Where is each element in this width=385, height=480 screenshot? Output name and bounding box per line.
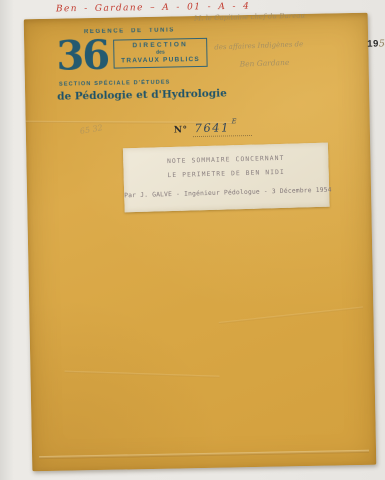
fold-crease bbox=[39, 450, 369, 459]
document-number: N°7641E bbox=[174, 117, 237, 137]
number-suffix: E bbox=[232, 117, 237, 125]
label-byline: Par J. GALVE - Ingénieur Pédologue - 3 D… bbox=[124, 187, 329, 200]
label-title-line2: LE PERIMETRE DE BEN NIDI bbox=[124, 168, 329, 181]
pencil-recipient-line2: des affaires Indigènes de bbox=[214, 40, 303, 51]
number-value: 7641 bbox=[192, 120, 252, 137]
number-label: N° bbox=[174, 125, 188, 135]
pencil-reference-number: 65 32 bbox=[79, 123, 103, 136]
year-stamp: 1954 bbox=[367, 38, 385, 50]
year-handwritten: 54 bbox=[379, 38, 385, 49]
scanned-document: REGENCE DE TUNIS 36 DIRECTION des TRAVAU… bbox=[0, 0, 385, 480]
crease-line bbox=[65, 371, 220, 378]
official-stamp: REGENCE DE TUNIS 36 DIRECTION des TRAVAU… bbox=[56, 27, 197, 103]
stamp-travaux-line: TRAVAUX PUBLICS bbox=[121, 56, 200, 65]
crease-line bbox=[219, 307, 363, 324]
stamp-section-line: SECTION SPÉCIALE D'ÉTUDES bbox=[59, 79, 197, 88]
stamp-direction-box: DIRECTION des TRAVAUX PUBLICS bbox=[113, 38, 208, 69]
label-title-line1: NOTE SOMMAIRE CONCERNANT bbox=[123, 154, 328, 167]
typed-label: NOTE SOMMAIRE CONCERNANT LE PERIMETRE DE… bbox=[123, 143, 330, 213]
stamp-number: 36 bbox=[56, 36, 108, 77]
red-classification-note: Ben - Gardane – A - 01 - A - 4 bbox=[56, 2, 250, 15]
folder-paper: REGENCE DE TUNIS 36 DIRECTION des TRAVAU… bbox=[24, 13, 377, 472]
year-printed: 19 bbox=[367, 39, 379, 50]
pencil-recipient-line3: Ben Gardane bbox=[239, 58, 289, 69]
stamp-pedologie-line: de Pédologie et d'Hydrologie bbox=[57, 88, 197, 103]
